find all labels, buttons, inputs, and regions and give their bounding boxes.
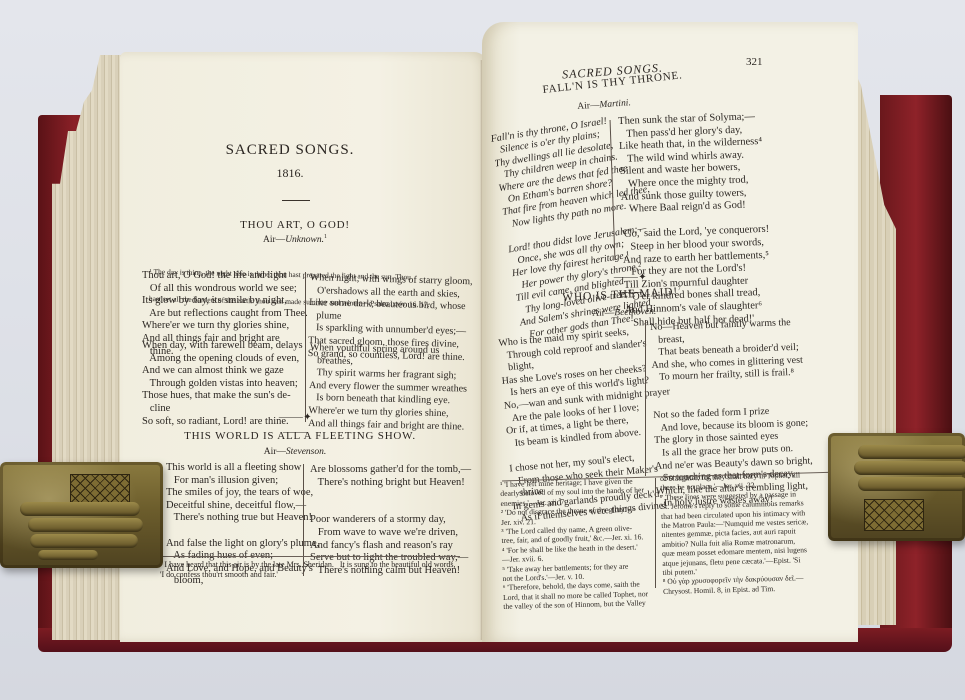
air-label: Air— — [264, 447, 286, 457]
column-divider — [645, 320, 646, 476]
left-page: SACRED SONGS. 1816. THOU ART, O GOD! Air… — [120, 52, 488, 642]
column-divider — [655, 478, 656, 588]
lattice-cuff — [70, 474, 130, 504]
air-name: Stevenson. — [286, 447, 326, 457]
right-footnotes-col2: of Slaughter; for they shall bury in Top… — [660, 470, 810, 596]
air-name: Unknown. — [285, 235, 324, 245]
poem-air-falln: Air—Martini. — [577, 98, 631, 112]
air-name: Martini. — [599, 98, 631, 110]
finger — [20, 502, 140, 516]
footnote-marker: 7 — [678, 286, 682, 292]
year-heading: 1816. — [120, 166, 460, 181]
section-rule — [282, 200, 310, 201]
brass-hand-clip-left — [0, 462, 163, 568]
poem-air-thou-art: Air—Unknown.1 — [120, 234, 470, 245]
thou-art-col2-stanza2: When youthful spring around us breathes,… — [308, 342, 468, 434]
air-name: Beethoven. — [614, 307, 656, 318]
footnote-marker: 1 — [324, 234, 327, 240]
lattice-cuff — [864, 499, 924, 531]
air-label: Air— — [577, 100, 600, 112]
footnote-rule — [160, 556, 460, 557]
finger — [30, 534, 138, 548]
finger — [858, 445, 965, 459]
poem-title-this-world: THIS WORLD IS ALL A FLEETING SHOW. — [120, 430, 480, 442]
left-running-head: SACRED SONGS. — [120, 142, 460, 159]
right-footnotes-col1: ¹ 'I have left mine heritage; I have giv… — [500, 476, 648, 611]
brass-hand-clip-right — [828, 433, 965, 541]
finger — [28, 518, 143, 532]
column-divider — [305, 272, 306, 422]
poem-title-thou-art: THOU ART, O GOD! — [120, 219, 470, 231]
right-page: 321 SACRED SONGS. FALL'N IS THY THRONE. … — [482, 22, 858, 642]
left-footnote: ¹ I have heard that this air is by the l… — [160, 560, 455, 579]
poem-air-this-world: Air—Stevenson. — [120, 447, 470, 457]
finger — [854, 461, 965, 475]
page-number: 321 — [746, 56, 763, 68]
finger — [858, 477, 965, 491]
air-label: Air— — [263, 235, 285, 245]
air-label: Air— — [592, 308, 615, 319]
thumb — [38, 550, 98, 560]
